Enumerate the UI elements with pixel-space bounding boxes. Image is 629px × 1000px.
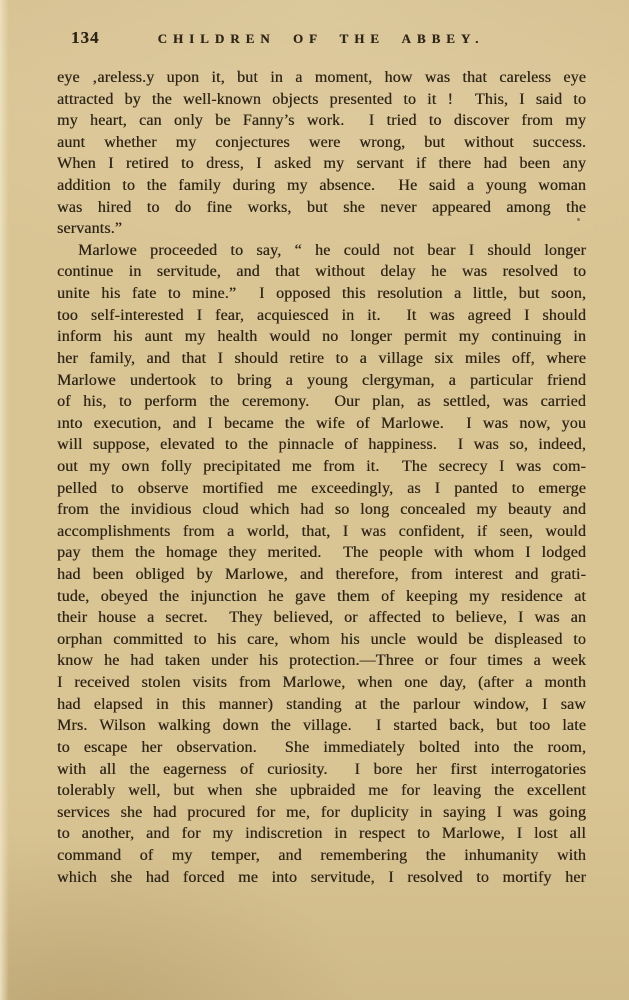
text-line: of his, to perform the ceremony. Our pla… <box>57 391 586 413</box>
text-line: inform his aunt my health would no longe… <box>57 326 586 348</box>
paragraph: eye ‚areless.y upon it, but in a moment,… <box>57 67 586 240</box>
text-line: from the invidious cloud which had so lo… <box>57 499 586 521</box>
text-line: had elapsed in this manner) standing at … <box>57 694 586 716</box>
paragraph: Marlowe proceeded to say, “ he could not… <box>57 240 586 888</box>
text-line: command of my temper, and remembering th… <box>57 845 586 867</box>
text-line: continue in servitude, and that without … <box>57 261 586 283</box>
text-line: aunt whether my conjectures were wrong, … <box>57 132 586 154</box>
text-line: Marlowe proceeded to say, “ he could not… <box>57 240 586 262</box>
text-line: Marlowe undertook to bring a young clerg… <box>57 370 586 392</box>
text-line: accomplishments from a world, that, I wa… <box>57 521 586 543</box>
ink-speck <box>577 218 580 221</box>
text-line: out my own folly precipitated me from it… <box>57 456 586 478</box>
text-line: which she had forced me into servitude, … <box>57 867 586 889</box>
text-line: orphan committed to his care, whom his u… <box>57 629 586 651</box>
text-line: to escape her observation. She immediate… <box>57 737 586 759</box>
running-title: CHILDREN OF THE ABBEY. <box>57 31 585 47</box>
text-line: ınto execution, and I became the wife of… <box>57 413 586 435</box>
text-line: their house a secret. They believed, or … <box>57 607 586 629</box>
text-line: addition to the family during my absence… <box>57 175 586 197</box>
text-line: services she had procured for me, for du… <box>57 802 586 824</box>
text-line: had been obliged by Marlowe, and therefo… <box>57 564 586 586</box>
text-line: my heart, can only be Fanny’s work. I tr… <box>57 110 586 132</box>
text-line: servants.” <box>57 218 586 240</box>
text-line: When I retired to dress, I asked my serv… <box>57 153 586 175</box>
page-body: eye ‚areless.y upon it, but in a moment,… <box>57 67 586 888</box>
text-line: Mrs. Wilson walking down the village. I … <box>57 715 586 737</box>
text-line: tude, obeyed the injunction he gave them… <box>57 586 586 608</box>
text-line: know he had taken under his protection.—… <box>57 650 586 672</box>
text-line: pay them the homage they merited. The pe… <box>57 542 586 564</box>
text-line: attracted by the well-known objects pres… <box>57 89 586 111</box>
text-line: was hired to do fine works, but she neve… <box>57 197 586 219</box>
text-line: eye ‚areless.y upon it, but in a moment,… <box>57 67 586 89</box>
text-line: with all the eagerness of curiosity. I b… <box>57 759 586 781</box>
text-line: pelled to observe mortified me exceeding… <box>57 478 586 500</box>
text-line: to another, and for my indiscretion in r… <box>57 823 586 845</box>
text-line: her family, and that I should retire to … <box>57 348 586 370</box>
book-page: 134 CHILDREN OF THE ABBEY. eye ‚areless.… <box>0 0 629 1000</box>
text-line: tolerably well, but when she upbraided m… <box>57 780 586 802</box>
text-line: unite his fate to mine.” I opposed this … <box>57 283 586 305</box>
text-line: will suppose, elevated to the pinnacle o… <box>57 434 586 456</box>
text-line: I received stolen visits from Marlowe, w… <box>57 672 586 694</box>
running-header: 134 CHILDREN OF THE ABBEY. <box>57 28 585 50</box>
text-line: too self-interested I fear, acquiesced i… <box>57 305 586 327</box>
